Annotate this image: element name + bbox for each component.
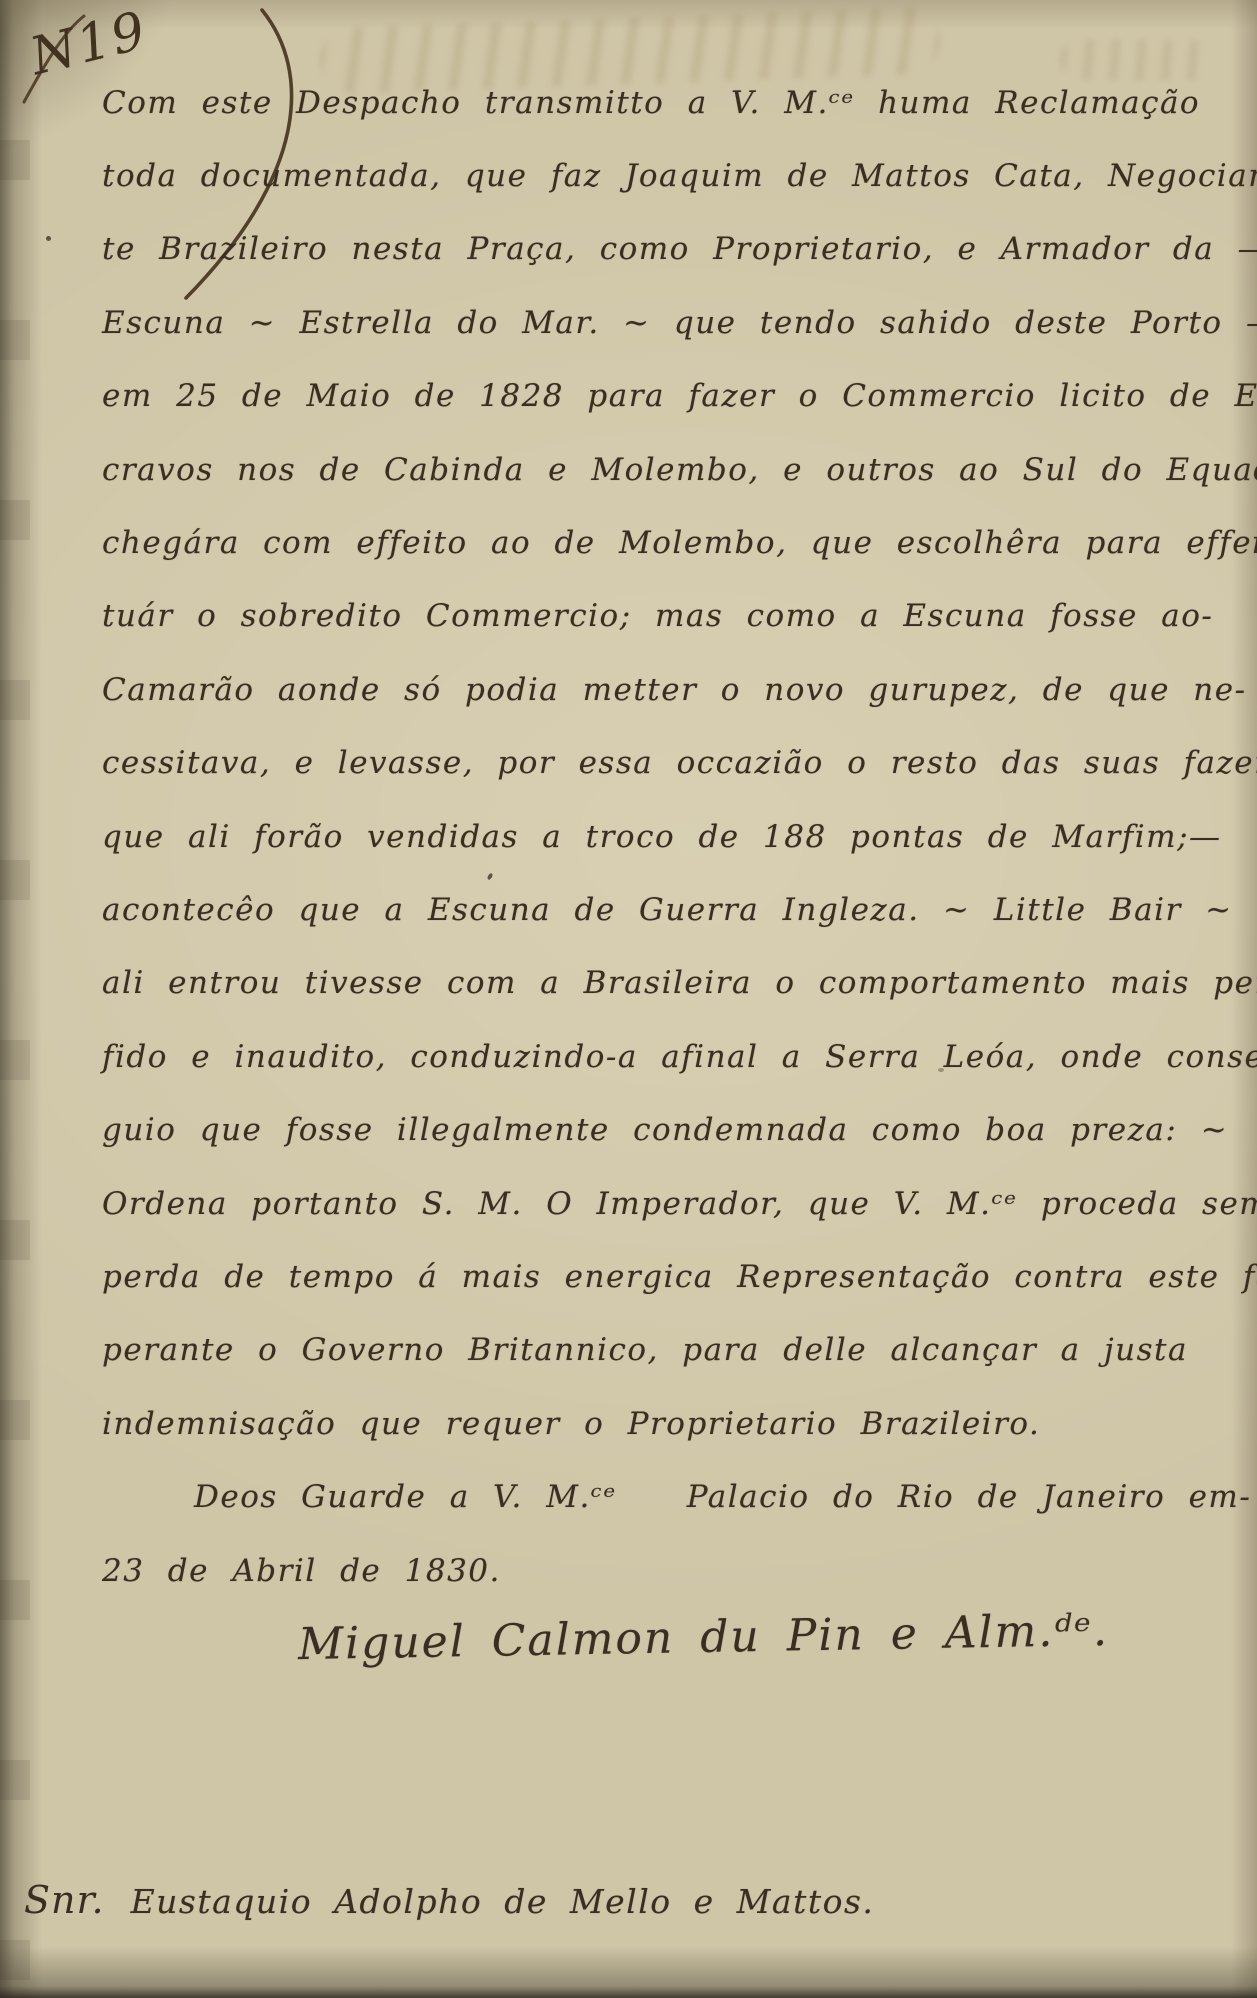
manuscript-line: indemnisação que requer o Proprietario B… — [102, 1387, 1249, 1460]
page-edge-wear — [0, 0, 30, 1998]
manuscript-line: toda documentada, que faz Joaquim de Mat… — [102, 139, 1249, 212]
manuscript-line: cessitava, e levasse, por essa occazião … — [102, 727, 1249, 800]
manuscript-line: guio que fosse illegalmente condemnada c… — [102, 1093, 1249, 1166]
manuscript-line: 23 de Abril de 1830. — [102, 1534, 1249, 1607]
addressee-name: Eustaquio Adolpho de Mello e Mattos. — [131, 1882, 875, 1921]
addressee-line: Snr. Eustaquio Adolpho de Mello e Mattos… — [24, 1878, 874, 1922]
manuscript-line: cravos nos de Cabinda e Molembo, e outro… — [102, 433, 1249, 506]
manuscript-line: te Brazileiro nesta Praça, como Propriet… — [102, 213, 1249, 286]
manuscript-line: Com este Despacho transmitto a V. M.ᶜᵉ h… — [102, 66, 1249, 139]
manuscript-line: chegára com effeito ao de Molembo, que e… — [102, 506, 1249, 579]
manuscript-line: Deos Guarde a V. M.ᶜᵉ Palacio do Rio de … — [194, 1460, 1249, 1533]
manuscript-line: perda de tempo á mais energica Represent… — [102, 1240, 1249, 1313]
manuscript-line: fido e inaudito, conduzindo-a afinal a S… — [102, 1020, 1249, 1093]
manuscript-line: Escuna ~ Estrella do Mar. ~ que tendo sa… — [102, 286, 1249, 359]
signature: Miguel Calmon du Pin e Alm.ᵈᵉ. — [298, 1605, 1110, 1670]
manuscript-line: que ali forão vendidas a troco de 188 po… — [102, 800, 1249, 873]
ink-speck — [46, 236, 51, 241]
manuscript-line: perante o Governo Britannico, para delle… — [102, 1314, 1249, 1387]
manuscript-line: Ordena portanto S. M. O Imperador, que V… — [102, 1167, 1249, 1240]
manuscript-line: ali entrou tivesse com a Brasileira o co… — [102, 947, 1249, 1020]
manuscript-line: tuár o sobredito Commercio; mas como a E… — [102, 580, 1249, 653]
manuscript-line: em 25 de Maio de 1828 para fazer o Comme… — [102, 360, 1249, 433]
manuscript-body: Com este Despacho transmitto a V. M.ᶜᵉ h… — [102, 66, 1249, 1607]
manuscript-line: Camarão aonde só podia metter o novo gur… — [102, 653, 1249, 726]
manuscript-page: N19 Com este Despacho transmitto a V. M.… — [0, 0, 1257, 1998]
manuscript-line: acontecêo que a Escuna de Guerra Ingleza… — [102, 873, 1249, 946]
ink-speck — [938, 1068, 944, 1072]
addressee-honorific: Snr. — [24, 1878, 105, 1922]
